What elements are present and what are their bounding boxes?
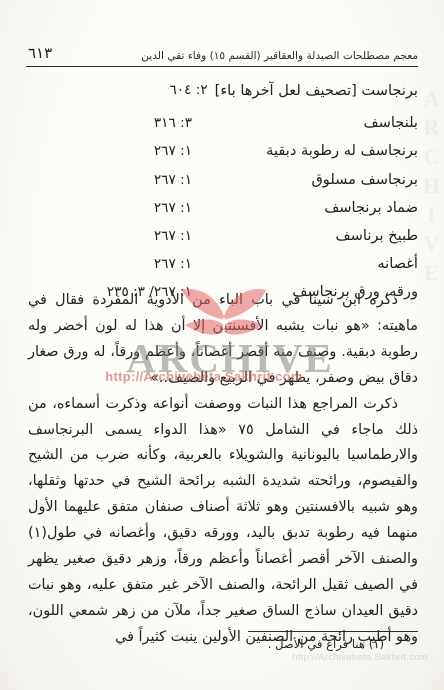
index-term: بلنجاسف <box>364 114 419 131</box>
index-reference: ١: ٢٦٧ <box>154 228 192 244</box>
index-term: ضماد برنجاسف <box>324 199 418 216</box>
index-entry-list: برنجاست [تصحيف لعل آخرها باء] ٢: ٦٠٤ بلن… <box>28 78 418 308</box>
scanned-book-page: معجم مصطلحات الصيدلة والعقاقير (القسم ١٥… <box>0 0 444 690</box>
index-term: برنجاسف مسلوق <box>311 171 418 188</box>
index-reference: ٢: ٦٠٤ <box>170 82 208 98</box>
page-header: معجم مصطلحات الصيدلة والعقاقير (القسم ١٥… <box>28 44 418 62</box>
index-reference: ١: ٢٦٧ <box>154 256 192 272</box>
archive-watermark-vertical-text: ARCHIVE <box>418 86 444 246</box>
page-number: ٦١٣ <box>28 44 52 62</box>
body-text: ذكره ابن سينا في باب الباء من الأدوية ال… <box>28 288 418 651</box>
index-row: برنجاسف له رطوبة دبقية ١: ٢٦٧ <box>28 138 418 166</box>
index-term: برنجاسف له رطوبة دبقية <box>266 142 418 159</box>
index-row: أغصانه ١: ٢٦٧ <box>28 251 418 279</box>
index-reference: ١: ٢٦٧ <box>154 172 192 188</box>
footnote: (١) هنا فراغ في الأصل . <box>268 637 384 651</box>
book-title: معجم مصطلحات الصيدلة والعقاقير (القسم ١٥… <box>141 50 418 62</box>
paragraph-references: ذكرت المراجع هذا النبات ووصفت أنواعه وذك… <box>28 392 418 651</box>
index-term: أغصانه <box>377 255 418 272</box>
index-row: برنجاست [تصحيف لعل آخرها باء] ٢: ٦٠٤ <box>28 78 418 110</box>
footnote-divider <box>248 631 418 632</box>
index-reference: ٣: ٣١٦ <box>154 115 192 131</box>
index-term: طبيخ برناسف <box>336 227 418 244</box>
header-divider <box>26 66 418 67</box>
index-row: بلنجاسف ٣: ٣١٦ <box>28 110 418 138</box>
archive-watermark-bottom-url: http://Archivebeta.Sakhrit.com <box>292 652 428 663</box>
index-row: برنجاسف مسلوق ١: ٢٦٧ <box>28 167 418 195</box>
index-reference: ١: ٢٦٧ <box>154 200 192 216</box>
paragraph-ibn-sina-quote: ذكره ابن سينا في باب الباء من الأدوية ال… <box>28 288 418 392</box>
index-term: برنجاست [تصحيف لعل آخرها باء] <box>215 82 418 99</box>
index-row: ضماد برنجاسف ١: ٢٦٧ <box>28 195 418 223</box>
index-row: طبيخ برناسف ١: ٢٦٧ <box>28 223 418 251</box>
index-reference: ١: ٢٦٧ <box>154 143 192 159</box>
